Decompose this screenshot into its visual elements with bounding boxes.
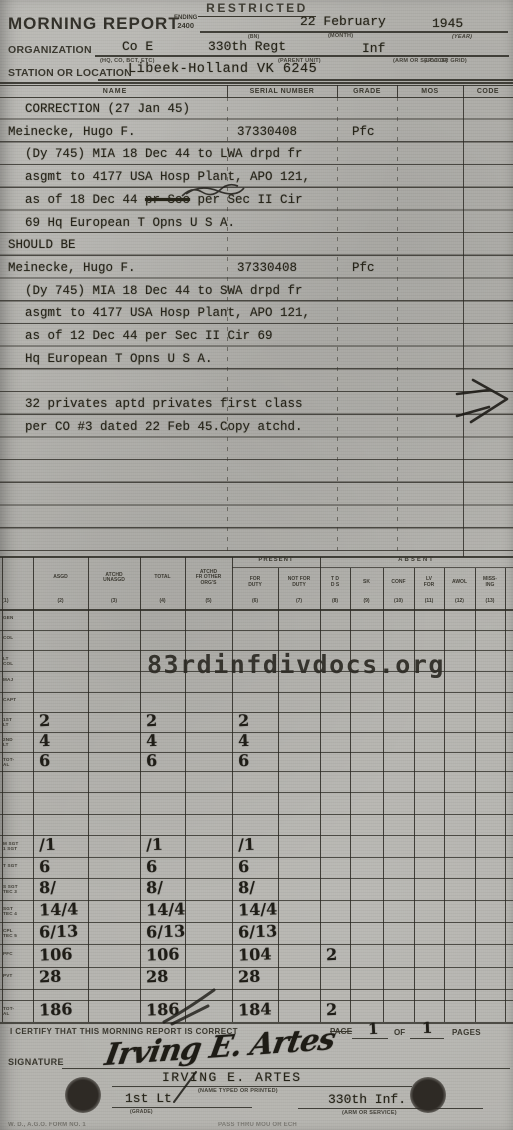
signature-label: SIGNATURE — [8, 1057, 64, 1067]
strength-col-header-td_ds: T D D S — [320, 569, 350, 596]
strength-row-label: PVT — [3, 973, 31, 978]
strength-grid-hline — [0, 771, 513, 772]
strength-row-label: GEN — [3, 615, 31, 620]
strength-value-total: 4 — [146, 731, 158, 750]
double-rule-bottom — [0, 85, 513, 86]
roster-entry-line: Meinecke, Hugo F.37330408Pfc — [0, 122, 513, 142]
strength-value-asgd: /1 — [39, 835, 57, 855]
strength-row-label: CPL TEC 5 — [3, 928, 31, 938]
classification-stamp: RESTRICTED — [198, 1, 316, 17]
strength-row-label: M SGT 1 SGT — [3, 841, 31, 851]
year-sublabel: (YEAR) — [452, 34, 472, 40]
strength-value-total: 6/13 — [146, 921, 186, 941]
roster-entry-line: CORRECTION (27 Jan 45) — [0, 99, 513, 119]
pages-label: PAGES — [452, 1028, 481, 1037]
page-number-rule — [352, 1038, 388, 1039]
month-sublabel: (MONTH) — [328, 33, 353, 39]
strength-grid-vline — [185, 557, 186, 1022]
arm-sublabel: (ARM OR SERVICE) — [342, 1110, 397, 1116]
watermark-text: 83rdinfdivdocs.org — [147, 650, 445, 679]
strength-grid-vline — [33, 557, 34, 1022]
strength-group-absent: ABSENT — [320, 557, 513, 563]
strength-col-header-conf: CONF — [383, 569, 414, 596]
strength-col-header-asgd: ASGD — [33, 560, 88, 596]
strength-row-label: SGT TEC 4 — [3, 906, 31, 916]
strength-value-for_duty: 184 — [238, 999, 272, 1019]
strength-grid-hline — [0, 878, 513, 879]
strength-grid-hline — [0, 1022, 513, 1024]
roster-grade: Pfc — [352, 258, 375, 278]
report-year: 1945 — [432, 16, 463, 31]
strength-grid-vline — [350, 568, 351, 1022]
strength-grid-hline — [0, 814, 513, 815]
strength-row-label: TOT- AL — [3, 757, 31, 767]
strength-value-asgd: 6/13 — [39, 921, 79, 941]
strength-value-total: 8/ — [146, 878, 164, 898]
strength-col-num-lv: (11) — [414, 598, 444, 604]
organization-arm: Inf — [362, 41, 385, 56]
strength-col-header-for_duty: FOR DUTY — [232, 569, 278, 596]
strength-grid-vline — [383, 568, 384, 1022]
strength-value-total: 2 — [146, 711, 158, 730]
strength-value-total: 6 — [146, 750, 158, 769]
double-rule-top — [0, 82, 513, 84]
strength-grid-vline — [505, 568, 506, 1022]
ending-label: ENDING 2400 — [174, 15, 197, 29]
roster-serial-number: 37330408 — [237, 122, 297, 142]
strength-value-asgd: 106 — [39, 944, 73, 964]
organization-unit: Co E — [122, 39, 153, 54]
strength-value-total: 106 — [146, 944, 180, 964]
strength-value-asgd: 14/4 — [39, 899, 79, 919]
grade-rule — [112, 1107, 252, 1108]
strength-col-num-conf: (10) — [383, 598, 414, 604]
page-number: 1 — [368, 1020, 379, 1039]
station-rule — [98, 79, 513, 81]
strength-grid-hline — [0, 732, 513, 733]
strength-value-for_duty: 6 — [238, 750, 250, 769]
strength-row-label: LT COL — [3, 656, 31, 666]
strength-grid-hline — [0, 630, 513, 631]
strength-row-label: TOT- AL — [3, 1006, 31, 1016]
strength-group-underline — [232, 567, 513, 568]
strength-grid-vline — [232, 557, 233, 1022]
strength-value-asgd: 8/ — [39, 878, 57, 898]
struck-text: pr Sec — [145, 193, 190, 207]
pages-total: 1 — [422, 1019, 433, 1037]
strength-col-header-sk: SK — [350, 569, 383, 596]
strength-value-for_duty: 104 — [238, 944, 272, 964]
total-slash-mark — [158, 988, 222, 1028]
strength-col-num-asgd: (2) — [33, 598, 88, 604]
strength-grid-vline — [278, 568, 279, 1022]
strength-value-asgd: 28 — [39, 967, 62, 987]
strength-value-for_duty: 6 — [238, 856, 250, 875]
strength-value-for_duty: 8/ — [238, 878, 256, 898]
strength-value-for_duty: 4 — [238, 731, 250, 750]
grade-hand-slash — [172, 1070, 198, 1104]
strength-row-label: PFC — [3, 951, 31, 956]
strength-value-for_duty: 14/4 — [238, 899, 278, 919]
strength-row-label: CAPT — [3, 697, 31, 702]
strength-col-num-sk: (9) — [350, 598, 383, 604]
strength-row-label: S SGT TEC 3 — [3, 884, 31, 894]
station-label: STATION OR LOCATION — [8, 67, 132, 79]
name-typed-sublabel: (NAME TYPED OR PRINTED) — [198, 1088, 278, 1094]
roster-col-code: CODE — [463, 88, 513, 95]
strength-row-label: COL — [3, 635, 31, 640]
strength-grid-hline — [0, 835, 513, 836]
strength-grid-vline — [320, 557, 321, 1022]
roster-entry-line: SHOULD BE — [0, 235, 513, 255]
strength-col-num-missing: (13) — [475, 598, 505, 604]
roster-col-name: NAME — [40, 88, 190, 95]
page-title: MORNING REPORT — [8, 14, 180, 34]
strength-grid-hline — [0, 692, 513, 693]
report-date: 22 February — [300, 14, 386, 29]
strength-row-label: MAJ — [3, 677, 31, 682]
strength-grid-hline — [0, 792, 513, 793]
strength-value-asgd: 6 — [39, 856, 51, 875]
strength-col-header-atchd_other: ATCHD FR OTHER ORG'S — [185, 560, 232, 596]
roster-entry-line: per CO #3 dated 22 Feb 45.Copy atchd. — [0, 417, 513, 437]
strength-header-bottom-rule — [0, 609, 513, 611]
roster-entry-line: (Dy 745) MIA 18 Dec 44 to SWA drpd fr — [0, 281, 513, 301]
punch-hole-right — [410, 1077, 446, 1113]
punch-hole-left — [65, 1077, 101, 1113]
strength-value-for_duty: 6/13 — [238, 921, 278, 941]
strength-grid-vline — [414, 568, 415, 1022]
strength-col-num-awol: (12) — [444, 598, 475, 604]
arm-rule — [298, 1108, 483, 1109]
of-label: OF — [394, 1028, 405, 1037]
strength-col-header-not_for_duty: NOT FOR DUTY — [278, 569, 320, 596]
strength-col-header-atchd_unasgd: ATCHD UNASGD — [88, 560, 140, 596]
strength-row-label: 2ND LT — [3, 737, 31, 747]
roster-entry-line: (Dy 745) MIA 18 Dec 44 to LWA drpd fr — [0, 144, 513, 164]
strength-value-asgd: 4 — [39, 731, 51, 750]
strength-value-asgd: 6 — [39, 750, 51, 769]
strength-grid-vline — [140, 557, 141, 1022]
roster-col-grade: GRADE — [337, 88, 397, 95]
roster-entry-line: as of 18 Dec 44 pr Sec per Sec II Cir — [0, 190, 513, 210]
strength-grid-hline — [0, 752, 513, 753]
roster-entry-line: asgmt to 4177 USA Hosp Plant, APO 121, — [0, 303, 513, 323]
strength-col-num-for_duty: (6) — [232, 598, 278, 604]
ending-value: 2400 — [174, 22, 197, 29]
strength-value-for_duty: /1 — [238, 835, 256, 855]
strength-col-num-td_ds: (8) — [320, 598, 350, 604]
form-footer-left: W. D., A.G.O. FORM NO. 1 — [8, 1122, 86, 1128]
station-value: Libeek-Holland VK 6245 — [128, 62, 317, 77]
roster-entry-line: Hq European T Opns U S A. — [0, 349, 513, 369]
strength-col-num-not_for_duty: (7) — [278, 598, 320, 604]
strength-value-total: /1 — [146, 835, 164, 855]
strength-col-header-missing: MISS- ING — [475, 569, 505, 596]
strength-grid-hline — [0, 712, 513, 713]
morning-report-document: RESTRICTED MORNING REPORT ENDING 2400 22… — [0, 0, 513, 1130]
form-footer-right: PASS THRU MOU OR ECH — [218, 1122, 297, 1128]
station-sublabel: (LOC OR GRID) — [424, 58, 467, 64]
strength-col-num-1: (1) — [2, 599, 32, 604]
roster-entry-line: as of 12 Dec 44 per Sec II Cir 69 — [0, 326, 513, 346]
strength-grid-vline — [475, 568, 476, 1022]
roster-col-mos: MOS — [397, 88, 463, 95]
strength-col-num-atchd_unasgd: (3) — [88, 598, 140, 604]
strength-grid-vline — [444, 568, 445, 1022]
strength-value-td_ds: 2 — [326, 944, 338, 963]
strength-value-for_duty: 28 — [238, 967, 261, 987]
roster-grade: Pfc — [352, 122, 375, 142]
roster-entry-line: 32 privates aptd privates first class — [0, 394, 513, 414]
roster-serial-number: 37330408 — [237, 258, 297, 278]
strength-row-label: T SGT — [3, 863, 31, 868]
strength-row-label: 1ST LT — [3, 717, 31, 727]
strength-value-td_ds: 2 — [326, 1000, 338, 1019]
organization-parent: 330th Regt — [208, 39, 286, 54]
strength-col-header-total: TOTAL — [140, 560, 185, 596]
name-typed-rule — [112, 1086, 412, 1087]
strength-col-num-atchd_other: (5) — [185, 598, 232, 604]
strength-col-num-total: (4) — [140, 598, 185, 604]
roster-entry-line: Meinecke, Hugo F.37330408Pfc — [0, 258, 513, 278]
grade-sublabel: (GRADE) — [130, 1109, 153, 1115]
strength-grid-hline — [0, 989, 513, 990]
roster-entry-line: 69 Hq European T Opns U S A. — [0, 213, 513, 233]
strength-value-asgd: 2 — [39, 711, 51, 730]
arm-value: 330th Inf. — [328, 1092, 406, 1107]
organization-label: ORGANIZATION — [8, 44, 92, 56]
strength-value-asgd: 186 — [39, 999, 73, 1019]
strength-group-present: PRESENT — [232, 557, 320, 563]
roster-col-serial: SERIAL NUMBER — [227, 88, 337, 95]
grade-value: 1st Lt — [125, 1091, 172, 1106]
pages-total-rule — [410, 1038, 444, 1039]
strength-grid-hline — [0, 857, 513, 858]
date-rule — [200, 31, 508, 33]
strength-value-total: 14/4 — [146, 899, 186, 919]
strength-grid-vline — [88, 557, 89, 1022]
organization-rule — [95, 55, 509, 57]
strength-value-total: 28 — [146, 967, 169, 987]
strength-col-header-lv: LV FOR — [414, 569, 444, 596]
strength-value-total: 6 — [146, 856, 158, 875]
roster-entry-line: asgmt to 4177 USA Hosp Plant, APO 121, — [0, 167, 513, 187]
strength-value-for_duty: 2 — [238, 711, 250, 730]
strength-col-header-awol: AWOL — [444, 569, 475, 596]
